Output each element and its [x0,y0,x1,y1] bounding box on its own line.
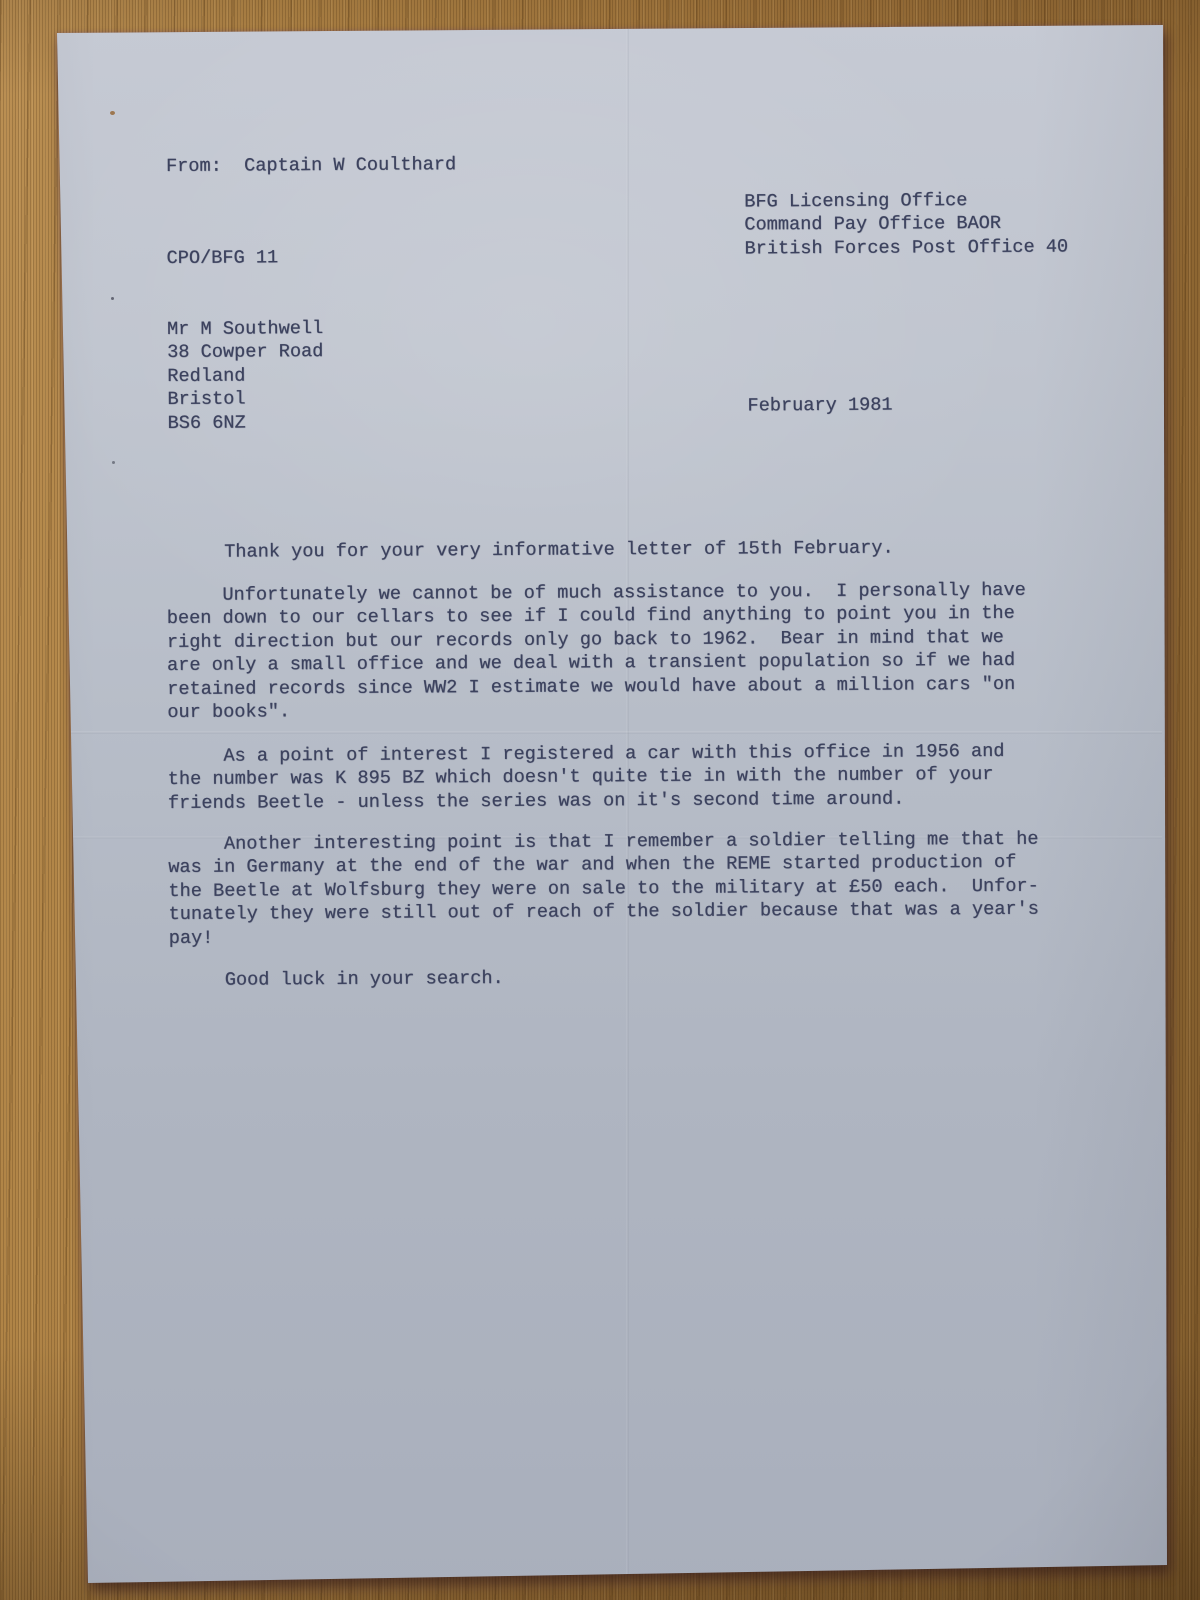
letter-paper: From: Captain W Coulthard BFG Licensing … [0,0,1200,1600]
paper-sheet: From: Captain W Coulthard BFG Licensing … [0,0,1200,1600]
paragraph-thanks: Thank you for your very informative lett… [168,537,893,565]
sender-office-address: BFG Licensing Office Command Pay Office … [744,188,1068,260]
paragraph-registration: As a point of interest I registered a ca… [168,740,1005,815]
paragraph-soldier-story: Another interesting point is that I reme… [168,828,1039,950]
from-line: From: Captain W Coulthard [166,153,456,178]
paragraph-records: Unfortunately we cannot be of much assis… [167,579,1027,725]
recipient-address: Mr M Southwell 38 Cowper Road Redland Br… [167,317,324,435]
reference-number: CPO/BFG 11 [167,246,279,270]
closing-line: Good luck in your search. [169,967,504,992]
date-line: February 1981 [747,394,892,418]
photo-scene: From: Captain W Coulthard BFG Licensing … [0,0,1200,1600]
letter-content: From: Captain W Coulthard BFG Licensing … [0,0,1200,1600]
